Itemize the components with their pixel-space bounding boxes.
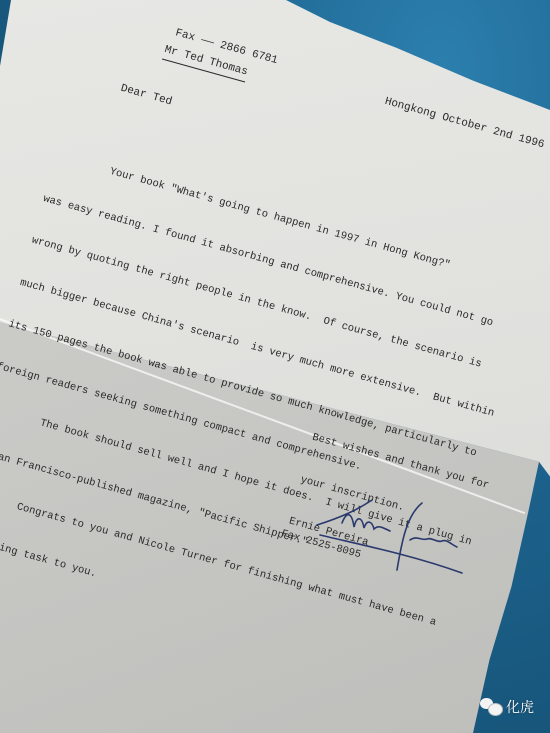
watermark: 化虎 bbox=[480, 697, 534, 717]
handwritten-signature bbox=[312, 495, 472, 580]
wechat-icon bbox=[480, 698, 502, 716]
watermark-label: 化虎 bbox=[506, 697, 534, 717]
